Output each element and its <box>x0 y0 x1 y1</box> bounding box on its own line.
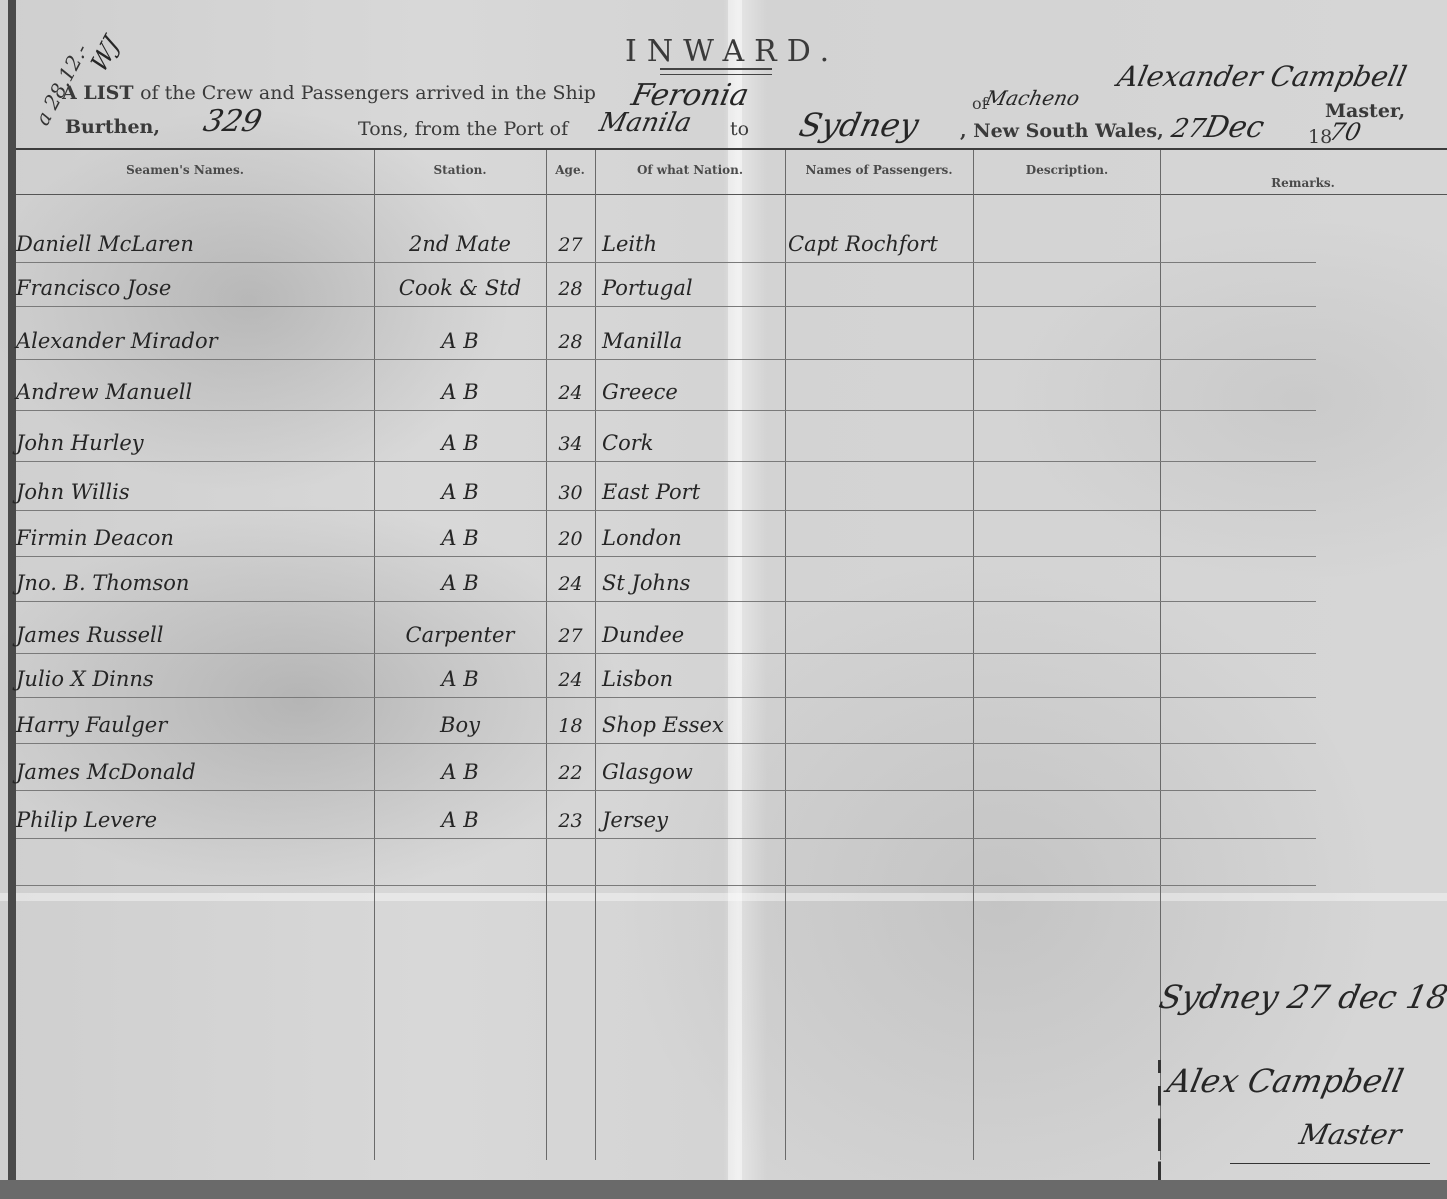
table-row: Julio X Dinns A B 24 Lisbon <box>0 651 1447 697</box>
signature-title: Master <box>1296 1118 1404 1151</box>
age: 20 <box>548 528 593 550</box>
seaman-name: Julio X Dinns <box>16 667 154 691</box>
seaman-name: Francisco Jose <box>16 276 171 300</box>
year-written: 70 <box>1327 118 1363 146</box>
nsw-label: , New South Wales, <box>960 120 1164 142</box>
signature-name: Alex Campbell <box>1164 1062 1407 1100</box>
burthen-label: Burthen, <box>65 116 160 138</box>
nation: Manilla <box>602 329 682 353</box>
seaman-name: Alexander Mirador <box>16 329 218 353</box>
nation: Dundee <box>602 623 684 647</box>
station: A B <box>380 808 540 832</box>
signature-flourish <box>1230 1163 1430 1164</box>
seaman-name: Philip Levere <box>16 808 157 832</box>
header-remarks: Remarks. <box>1271 176 1335 190</box>
document-title: INWARD. <box>625 34 839 69</box>
row-rule <box>16 838 1316 839</box>
table-row: Alexander Mirador A B 28 Manilla <box>0 313 1447 359</box>
nation: Greece <box>602 380 678 404</box>
station: Boy <box>380 713 540 737</box>
age: 28 <box>548 331 593 353</box>
station: 2nd Mate <box>380 232 540 256</box>
title-underline <box>660 68 772 75</box>
row-rule <box>16 885 1316 886</box>
nation: Lisbon <box>602 667 673 691</box>
header-nation: Of what Nation. <box>637 163 743 177</box>
row-rule <box>16 461 1316 462</box>
row-rule <box>16 790 1316 791</box>
table-row: Andrew Manuell A B 24 Greece <box>0 364 1447 410</box>
station: A B <box>380 526 540 550</box>
station: A B <box>380 480 540 504</box>
margin-initials: WJ <box>86 30 125 78</box>
table-row: James McDonald A B 22 Glasgow <box>0 744 1447 790</box>
nation: London <box>602 526 682 550</box>
nation: East Port <box>602 480 700 504</box>
burthen-value: 329 <box>200 104 265 139</box>
age: 23 <box>548 810 593 832</box>
seaman-name: Jno. B. Thomson <box>16 571 189 595</box>
home-port: Macheno <box>983 86 1081 110</box>
header-passengers: Names of Passengers. <box>806 163 953 177</box>
row-rule <box>16 359 1316 360</box>
seaman-name: James McDonald <box>16 760 196 784</box>
date-month: Dec <box>1201 110 1267 145</box>
age: 34 <box>548 433 593 455</box>
passenger-name: Capt Rochfort <box>788 232 938 256</box>
from-port: Manila <box>597 108 694 138</box>
seaman-name: Harry Faulger <box>16 713 167 737</box>
seaman-name: John Willis <box>16 480 130 504</box>
table-row: Harry Faulger Boy 18 Shop Essex <box>0 697 1447 743</box>
station: A B <box>380 667 540 691</box>
tons-label: Tons, from the Port of <box>358 118 568 140</box>
seaman-name: Firmin Deacon <box>16 526 174 550</box>
age: 28 <box>548 278 593 300</box>
to-port: Sydney <box>796 106 922 144</box>
header-seamens-names: Seamen's Names. <box>126 163 244 177</box>
table-row: John Willis A B 30 East Port <box>0 464 1447 510</box>
row-rule <box>16 410 1316 411</box>
table-row: Philip Levere A B 23 Jersey <box>0 792 1447 838</box>
scan-bottom-edge <box>0 1180 1447 1199</box>
nation: Shop Essex <box>602 713 724 737</box>
header-bottom-rule <box>16 194 1447 195</box>
station: A B <box>380 380 540 404</box>
nation: Cork <box>602 431 653 455</box>
table-row: James Russell Carpenter 27 Dundee <box>0 607 1447 653</box>
table-row: Daniell McLaren 2nd Mate 27 Leith Capt R… <box>0 216 1447 262</box>
seaman-name: James Russell <box>16 623 163 647</box>
age: 18 <box>548 715 593 737</box>
age: 24 <box>548 382 593 404</box>
header-age: Age. <box>555 163 585 177</box>
signature-place-date: Sydney 27 dec 1870 <box>1156 978 1447 1016</box>
list-label: A LIST <box>62 82 133 104</box>
table-row: Firmin Deacon A B 20 London <box>0 510 1447 556</box>
row-rule <box>16 306 1316 307</box>
paper-fold-horizontal <box>0 893 1447 901</box>
station: Carpenter <box>380 623 540 647</box>
table-row: Jno. B. Thomson A B 24 St Johns <box>0 555 1447 601</box>
header-station: Station. <box>434 163 487 177</box>
age: 30 <box>548 482 593 504</box>
nation: Glasgow <box>602 760 693 784</box>
seaman-name: John Hurley <box>16 431 144 455</box>
nation: Jersey <box>602 808 668 832</box>
to-label: to <box>730 118 749 140</box>
seaman-name: Andrew Manuell <box>16 380 192 404</box>
nation: Leith <box>602 232 657 256</box>
age: 22 <box>548 762 593 784</box>
age: 27 <box>548 625 593 647</box>
station: A B <box>380 431 540 455</box>
master-name: Alexander Campbell <box>1114 60 1409 93</box>
station: A B <box>380 571 540 595</box>
age: 24 <box>548 573 593 595</box>
station: A B <box>380 329 540 353</box>
document-page: a 28.12.- WJ INWARD. A LIST of the Crew … <box>0 0 1447 1180</box>
form-line-1: A LIST of the Crew and Passengers arrive… <box>62 82 596 104</box>
station: A B <box>380 760 540 784</box>
table-row: Francisco Jose Cook & Std 28 Portugal <box>0 260 1447 306</box>
ink-mark <box>1158 1060 1161 1190</box>
nation: St Johns <box>602 571 690 595</box>
seaman-name: Daniell McLaren <box>16 232 194 256</box>
age: 24 <box>548 669 593 691</box>
nation: Portugal <box>602 276 693 300</box>
list-description: of the Crew and Passengers arrived in th… <box>140 82 596 104</box>
table-row: John Hurley A B 34 Cork <box>0 415 1447 461</box>
header-top-rule <box>16 148 1447 150</box>
station: Cook & Std <box>380 276 540 300</box>
row-rule <box>16 601 1316 602</box>
age: 27 <box>548 234 593 256</box>
header-description: Description. <box>1026 163 1108 177</box>
